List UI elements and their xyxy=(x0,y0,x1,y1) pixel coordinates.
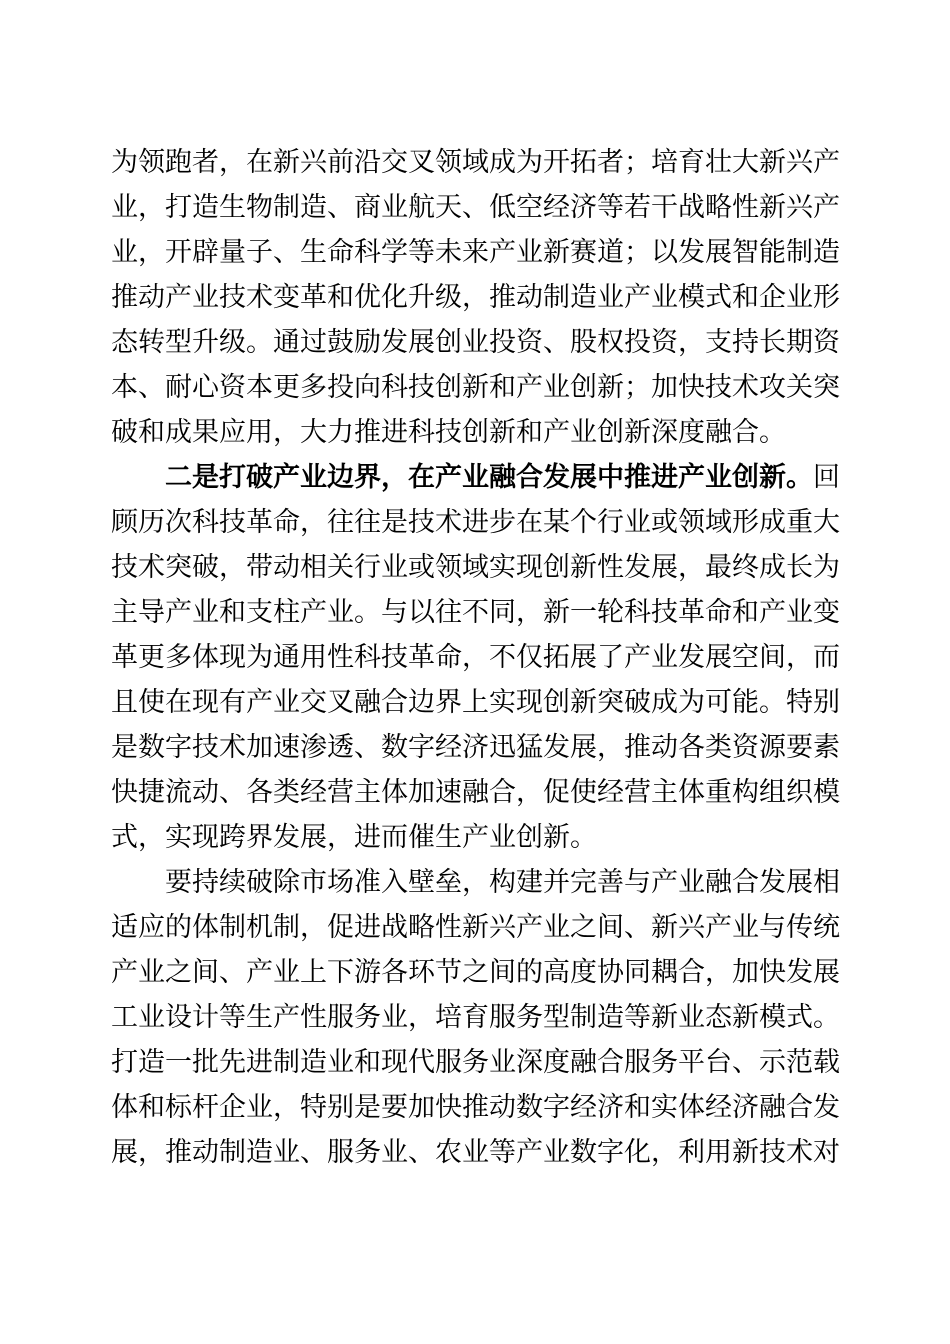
text-run: 回顾历次科技革命，往往是技术进步在某个行业或领域形成重大技术突破，带动相关行业或… xyxy=(111,462,840,852)
text-run: 为领跑者，在新兴前沿交叉领域成为开拓者；培育壮大新兴产业，打造生物制造、商业航天… xyxy=(111,147,840,447)
paragraph-3: 要持续破除市场准入壁垒，构建并完善与产业融合发展相适应的体制机制，促进战略性新兴… xyxy=(111,860,840,1175)
bold-text-run: 二是打破产业边界，在产业融合发展中推进产业创新。 xyxy=(165,462,813,492)
document-body: 为领跑者，在新兴前沿交叉领域成为开拓者；培育壮大新兴产业，打造生物制造、商业航天… xyxy=(111,140,840,1175)
paragraph-1: 为领跑者，在新兴前沿交叉领域成为开拓者；培育壮大新兴产业，打造生物制造、商业航天… xyxy=(111,140,840,455)
text-run: 要持续破除市场准入壁垒，构建并完善与产业融合发展相适应的体制机制，促进战略性新兴… xyxy=(111,867,840,1167)
paragraph-2: 二是打破产业边界，在产业融合发展中推进产业创新。回顾历次科技革命，往往是技术进步… xyxy=(111,455,840,860)
document-page: 为领跑者，在新兴前沿交叉领域成为开拓者；培育壮大新兴产业，打造生物制造、商业航天… xyxy=(0,0,950,1344)
